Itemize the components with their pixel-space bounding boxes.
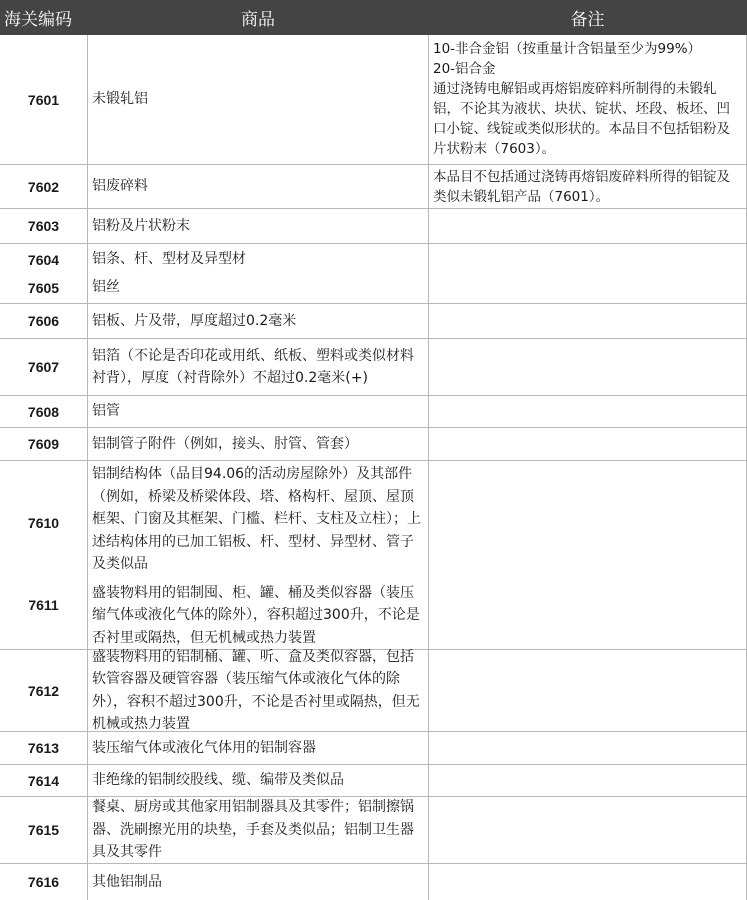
table-row: 7614 非绝缘的铝制绞股线、缆、编带及类似品 — [0, 765, 747, 797]
goods-cell: 铝制结构体（品目94.06的活动房屋除外）及其部件（例如，桥梁及桥梁体段、塔、格… — [88, 461, 429, 649]
code-cell: 7612 — [0, 650, 88, 731]
table-row: 7607 铝箔（不论是否印花或用纸、纸板、塑料或类似材料衬背），厚度（衬背除外）… — [0, 339, 747, 396]
table-header: 海关编码 商品 备注 — [0, 0, 747, 35]
header-code: 海关编码 — [0, 5, 88, 30]
notes-cell: 10-非合金铝（按重量计含铝量至少为99%） 20-铝合金 通过浇铸电解铝或再熔… — [429, 35, 747, 164]
code-cell: 7602 — [0, 165, 88, 208]
notes-cell — [429, 209, 747, 243]
notes-text: 通过浇铸电解铝或再熔铝废碎料所制得的未锻轧铝，不论其为液状、块状、锭状、坯段、板… — [433, 79, 742, 159]
code-cell: 7614 — [0, 765, 88, 796]
goods-cell: 盛装物料用的铝制桶、罐、听、盒及类似容器，包括软管容器及硬管容器（装压缩气体或液… — [88, 650, 429, 731]
code-cell: 7607 — [0, 339, 88, 395]
notes-cell — [429, 765, 747, 796]
goods-cell: 铝制管子附件（例如，接头、肘管、管套） — [88, 428, 429, 460]
notes-cell — [429, 864, 747, 900]
goods-cell: 非绝缘的铝制绞股线、缆、编带及类似品 — [88, 765, 429, 796]
goods-cell: 铝箔（不论是否印花或用纸、纸板、塑料或类似材料衬背），厚度（衬背除外）不超过0.… — [88, 339, 429, 395]
goods-cell: 餐桌、厨房或其他家用铝制器具及其零件；铝制擦锅器、洗刷擦光用的块垫，手套及类似品… — [88, 797, 429, 863]
goods-cell: 其他铝制品 — [88, 864, 429, 900]
code-cell: 7616 — [0, 864, 88, 900]
table-row: 7610 7611 铝制结构体（品目94.06的活动房屋除外）及其部件（例如，桥… — [0, 461, 747, 650]
header-goods: 商品 — [88, 5, 428, 30]
code-cell: 7606 — [0, 304, 88, 338]
goods-text: 铝粉及片状粉末 — [92, 215, 424, 238]
notes-text: 20-铝合金 — [433, 59, 742, 79]
table-row: 7602 铝废碎料 本品目不包括通过浇铸再熔铝废碎料所得的铝锭及类似未锻轧铝产品… — [0, 165, 747, 209]
goods-text: 铝管 — [92, 400, 424, 423]
goods-text: 铝板、片及带，厚度超过0.2毫米 — [92, 310, 424, 333]
goods-text: 铝制管子附件（例如，接头、肘管、管套） — [92, 433, 424, 456]
table-row: 7601 未锻轧铝 10-非合金铝（按重量计含铝量至少为99%） 20-铝合金 … — [0, 35, 747, 165]
table-row: 7612 盛装物料用的铝制桶、罐、听、盒及类似容器，包括软管容器及硬管容器（装压… — [0, 650, 747, 732]
code-cell: 7615 — [0, 797, 88, 863]
goods-text: 盛装物料用的铝制囤、柜、罐、桶及类似容器（装压缩气体或液化气体的除外），容积超过… — [92, 582, 424, 650]
code-text: 7604 — [28, 246, 59, 274]
code-cell: 7604 7605 — [0, 244, 88, 303]
table-row: 7603 铝粉及片状粉末 — [0, 209, 747, 244]
table-row: 7616 其他铝制品 — [0, 864, 747, 900]
notes-cell — [429, 396, 747, 427]
code-cell: 7608 — [0, 396, 88, 427]
goods-cell: 铝废碎料 — [88, 165, 429, 208]
notes-text: 10-非合金铝（按重量计含铝量至少为99%） — [433, 39, 742, 59]
table-row: 7613 装压缩气体或液化气体用的铝制容器 — [0, 732, 747, 765]
goods-cell: 铝管 — [88, 396, 429, 427]
code-cell: 7609 — [0, 428, 88, 460]
notes-text: 本品目不包括通过浇铸再熔铝废碎料所得的铝锭及类似未锻轧铝产品（7601）。 — [433, 167, 742, 207]
goods-text: 铝箔（不论是否印花或用纸、纸板、塑料或类似材料衬背），厚度（衬背除外）不超过0.… — [92, 345, 424, 390]
notes-cell — [429, 244, 747, 303]
goods-text: 未锻轧铝 — [92, 88, 424, 111]
notes-cell — [429, 339, 747, 395]
table-row: 7615 餐桌、厨房或其他家用铝制器具及其零件；铝制擦锅器、洗刷擦光用的块垫，手… — [0, 797, 747, 864]
table-row: 7604 7605 铝条、杆、型材及异型材 铝丝 — [0, 244, 747, 304]
notes-cell — [429, 732, 747, 764]
goods-text: 盛装物料用的铝制桶、罐、听、盒及类似容器，包括软管容器及硬管容器（装压缩气体或液… — [92, 646, 424, 736]
customs-code-table: 海关编码 商品 备注 7601 未锻轧铝 10-非合金铝（按重量计含铝量至少为9… — [0, 0, 747, 900]
notes-cell — [429, 428, 747, 460]
goods-text: 铝废碎料 — [92, 175, 424, 198]
goods-text: 其他铝制品 — [92, 871, 424, 894]
table-row: 7609 铝制管子附件（例如，接头、肘管、管套） — [0, 428, 747, 461]
notes-cell — [429, 650, 747, 731]
goods-text: 非绝缘的铝制绞股线、缆、编带及类似品 — [92, 769, 424, 792]
goods-text: 铝制结构体（品目94.06的活动房屋除外）及其部件（例如，桥梁及桥梁体段、塔、格… — [92, 463, 424, 576]
notes-cell: 本品目不包括通过浇铸再熔铝废碎料所得的铝锭及类似未锻轧铝产品（7601）。 — [429, 165, 747, 208]
code-cell: 7610 7611 — [0, 461, 88, 649]
header-notes: 备注 — [428, 5, 747, 30]
code-text: 7605 — [28, 274, 59, 302]
goods-cell: 铝条、杆、型材及异型材 铝丝 — [88, 244, 429, 303]
code-cell: 7613 — [0, 732, 88, 764]
goods-cell: 铝粉及片状粉末 — [88, 209, 429, 243]
notes-cell — [429, 461, 747, 649]
code-text: 7611 — [28, 585, 58, 625]
goods-text: 铝丝 — [92, 274, 424, 302]
goods-cell: 未锻轧铝 — [88, 35, 429, 164]
notes-cell — [429, 304, 747, 338]
notes-cell — [429, 797, 747, 863]
code-cell: 7603 — [0, 209, 88, 243]
goods-text: 装压缩气体或液化气体用的铝制容器 — [92, 737, 424, 760]
table-row: 7606 铝板、片及带，厚度超过0.2毫米 — [0, 304, 747, 339]
goods-cell: 装压缩气体或液化气体用的铝制容器 — [88, 732, 429, 764]
goods-text: 餐桌、厨房或其他家用铝制器具及其零件；铝制擦锅器、洗刷擦光用的块垫，手套及类似品… — [92, 796, 424, 864]
goods-cell: 铝板、片及带，厚度超过0.2毫米 — [88, 304, 429, 338]
goods-text: 铝条、杆、型材及异型材 — [92, 246, 424, 274]
code-text: 7610 — [28, 461, 59, 585]
table-row: 7608 铝管 — [0, 396, 747, 428]
code-cell: 7601 — [0, 35, 88, 164]
